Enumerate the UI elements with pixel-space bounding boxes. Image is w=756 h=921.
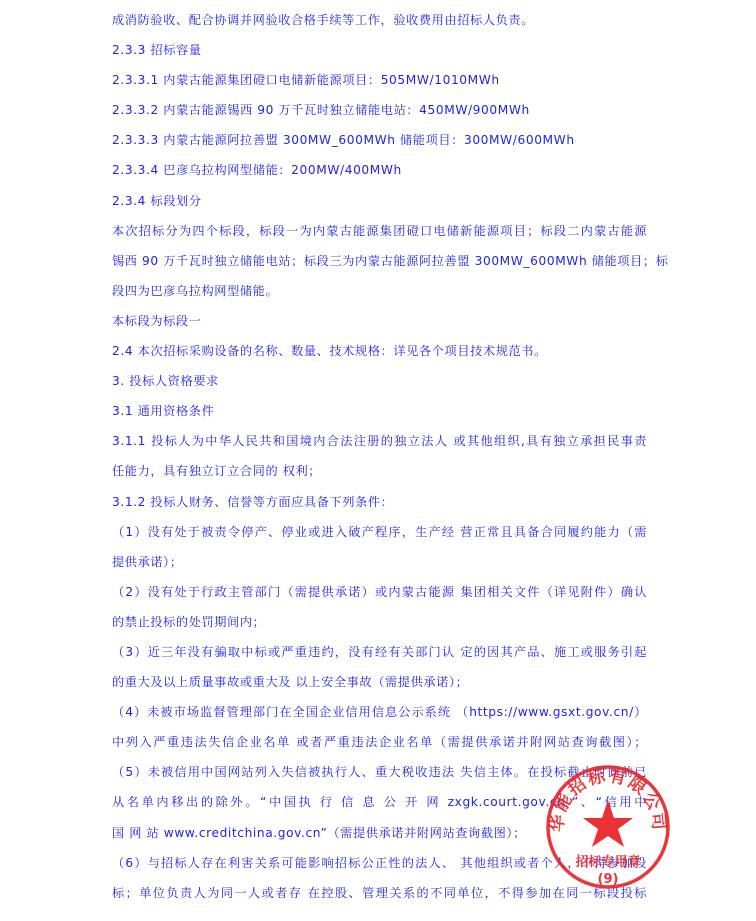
text-line: 2.3.3.2 内蒙古能源锡西 90 万千瓦时独立储能电站：450MW/900M… [112, 95, 647, 125]
text-line: 2.3.3.1 内蒙古能源集团磴口电储新能源项目：505MW/1010MWh [112, 65, 647, 95]
text-line: 2.3.3.3 内蒙古能源阿拉善盟 300MW_600MWh 储能项目：300M… [112, 125, 647, 155]
document-page: 成消防验收、配合协调并网验收合格手续等工作，验收费用由招标人负责。 2.3.3 … [112, 5, 647, 908]
text-line: （5）未被信用中国网站列入失信被执行人、重大税收违法 失信主体。在投标截止时间前… [112, 757, 647, 787]
text-line: 段四为巴彦乌拉构网型储能。 [112, 276, 647, 306]
section-heading: 3. 投标人资格要求 [112, 366, 647, 396]
section-heading: 2.3.3 招标容量 [112, 35, 647, 65]
text-line: 国 网 站 www.creditchina.gov.cn”（需提供承诺并附网站查… [112, 818, 647, 848]
text-line: 锡西 90 万千瓦时独立储能电站；标段三为内蒙古能源阿拉善盟 300MW_600… [112, 246, 647, 276]
text-line: 从名单内移出的除外。“中国执 行 信 息 公 开 网 zxgk.court.go… [112, 787, 647, 817]
text-line: 中列入严重违法失信企业名单 或者严重违法企业名单（需提供承诺并附网站查询截图）； [112, 727, 647, 757]
text-line: 的禁止投标的处罚期间内； [112, 607, 647, 637]
text-line: 本标段为标段一 [112, 306, 647, 336]
text-line: （3）近三年没有骗取中标或严重违约，没有经有关部门认 定的因其产品、施工或服务引… [112, 637, 647, 667]
section-heading: 3.1 通用资格条件 [112, 396, 647, 426]
text-line: 2.3.3.4 巴彦乌拉构网型储能：200MW/400MWh [112, 155, 647, 185]
text-line: 3.1.1 投标人为中华人民共和国境内合法注册的独立法人 或其他组织,具有独立承… [112, 426, 647, 456]
text-line: （2）没有处于行政主管部门（需提供承诺）或内蒙古能源 集团相关文件（详见附件）确… [112, 577, 647, 607]
text-line: （4）未被市场监督管理部门在全国企业信用信息公示系统 （https://www.… [112, 697, 647, 727]
text-line: 的重大及以上质量事故或重大及 以上安全事故（需提供承诺）； [112, 667, 647, 697]
text-line: 2.4 本次招标采购设备的名称、数量、技术规格：详见各个项目技术规范书。 [112, 336, 647, 366]
text-line: （1）没有处于被责令停产、停业或进入破产程序，生产经 营正常且具备合同履约能力（… [112, 517, 647, 547]
text-line: 提供承诺）； [112, 547, 647, 577]
text-line: 本次招标分为四个标段，标段一为内蒙古能源集团磴口电储新能源项目；标段二内蒙古能源 [112, 216, 647, 246]
text-line: 任能力，具有独立订立合同的 权利； [112, 456, 647, 486]
section-heading: 2.3.4 标段划分 [112, 186, 647, 216]
text-line: 3.1.2 投标人财务、信誉等方面应具备下列条件： [112, 487, 647, 517]
text-line: 标；单位负责人为同一人或者存 在控股、管理关系的不同单位，不得参加在同一标段投标 [112, 878, 647, 908]
text-line: 成消防验收、配合协调并网验收合格手续等工作，验收费用由招标人负责。 [112, 5, 647, 35]
text-line: （6）与招标人存在利害关系可能影响招标公正性的法人、 其他组织或者个人，不得参加… [112, 848, 647, 878]
